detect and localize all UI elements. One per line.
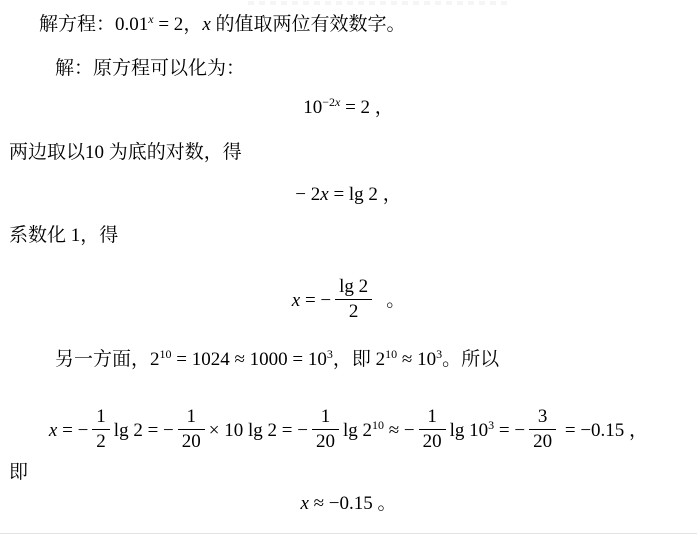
exponent-x: x [148, 12, 153, 26]
equals-minus: = − [300, 290, 331, 311]
exponent-three: 3 [327, 347, 333, 361]
problem-lead-text: 解方程： [39, 14, 115, 35]
fraction-numerator: 1 [419, 406, 446, 430]
solution-intro-line: 解：原方程可以化为： [0, 57, 697, 81]
fraction-lg2-over-2: lg 22 [335, 276, 372, 323]
comma: ， [624, 420, 648, 441]
period: 。 [378, 493, 397, 514]
term-text: ≈ − [384, 420, 415, 441]
exponent-ten: 10 [372, 418, 384, 432]
fraction-denominator: 20 [178, 430, 205, 453]
lead-text: 另一方面， [55, 349, 150, 370]
normalize-coefficient-text: 系数化 1，得 [9, 225, 118, 246]
term-text: = − [494, 420, 525, 441]
exponent-ten: 10 [385, 347, 397, 361]
equation-base: 0.01 [115, 14, 148, 35]
exponent-ten: 10 [160, 347, 172, 361]
take-log-text-a: 两边取以 [9, 142, 85, 163]
take-log-text-b: 为底的对数，得 [104, 142, 242, 163]
term-text: lg 2 = − [114, 420, 174, 441]
fraction-numerator: 1 [178, 406, 205, 430]
fraction-denominator: 2 [335, 300, 372, 323]
power-approximation-line: 另一方面，210 = 1024 ≈ 1000 = 103，即 210 ≈ 103… [0, 348, 697, 373]
equation-rhs: = lg 2 [329, 184, 378, 205]
comma: ， [183, 14, 202, 35]
equation-rhs: = 2 [154, 14, 184, 35]
exponent-three: 3 [436, 347, 442, 361]
fraction-numerator: lg 2 [335, 276, 372, 300]
coefficient: − 2 [295, 184, 320, 205]
fraction-denominator: 20 [312, 430, 339, 453]
equation-neg2x-line: − 2x = lg 2 ， [0, 183, 697, 207]
equation-ten-power-line: 10−2x = 2 ， [0, 96, 697, 121]
mid-text: ，即 [333, 349, 376, 370]
number-ten: 10 [85, 142, 104, 163]
variable-x: x [202, 14, 210, 35]
term-text: × 10 lg 2 = − [209, 420, 308, 441]
comma: ， [378, 184, 402, 205]
fraction-3-20: 320 [529, 406, 556, 453]
take-log-line: 两边取以10 为底的对数，得 [0, 141, 697, 165]
solution-intro-text: 解：原方程可以化为： [55, 58, 245, 79]
page-edge-artifact [248, 1, 508, 5]
therefore-line: 即 [0, 461, 697, 485]
answer-value: ≈ −0.15 [309, 493, 378, 514]
fraction-1-20: 120 [419, 406, 446, 453]
derivation-line: x = −12lg 2 = −120× 10 lg 2 = −120lg 210… [0, 408, 697, 455]
fraction-denominator: 20 [529, 430, 556, 453]
exponent-three: 3 [488, 418, 494, 432]
mid-text: ≈ 10 [397, 349, 436, 370]
base-two: 2 [376, 349, 386, 370]
equals-minus: = − [57, 420, 88, 441]
period: 。 [386, 290, 405, 311]
term-text: lg 10 [450, 420, 489, 441]
fraction-1-2: 12 [92, 406, 110, 453]
fraction-numerator: 1 [92, 406, 110, 430]
normalize-coefficient-line: 系数化 1，得 [0, 224, 697, 248]
variable-x: x [320, 184, 328, 205]
fraction-numerator: 3 [529, 406, 556, 430]
comma: ， [370, 97, 394, 118]
therefore-text: 即 [9, 462, 28, 483]
base-ten: 10 [303, 97, 322, 118]
problem-statement-line: 解方程：0.01x = 2，x 的值取两位有效数字。 [0, 13, 697, 38]
variable-x: x [292, 290, 300, 311]
exponent-coefficient: −2 [322, 95, 335, 109]
variable-x: x [300, 493, 308, 514]
equation-rhs: = 2 [340, 97, 370, 118]
exponent-variable: x [335, 95, 340, 109]
base-two: 2 [150, 349, 160, 370]
fraction-1-20: 120 [312, 406, 339, 453]
term-text: = −0.15 [560, 420, 624, 441]
math-worksheet-page: 解方程：0.01x = 2，x 的值取两位有效数字。 解：原方程可以化为： 10… [0, 0, 697, 534]
fraction-numerator: 1 [312, 406, 339, 430]
tail-text: 。所以 [442, 349, 499, 370]
fraction-1-20: 120 [178, 406, 205, 453]
final-answer-line: x ≈ −0.15 。 [0, 492, 697, 516]
fraction-denominator: 2 [92, 430, 110, 453]
problem-tail-text: 的值取两位有效数字。 [211, 14, 406, 35]
mid-text: = 1024 ≈ 1000 = 10 [172, 349, 327, 370]
equation-x-fraction-line: x = −lg 22。 [0, 278, 697, 325]
term-text: lg 2 [343, 420, 372, 441]
fraction-denominator: 20 [419, 430, 446, 453]
